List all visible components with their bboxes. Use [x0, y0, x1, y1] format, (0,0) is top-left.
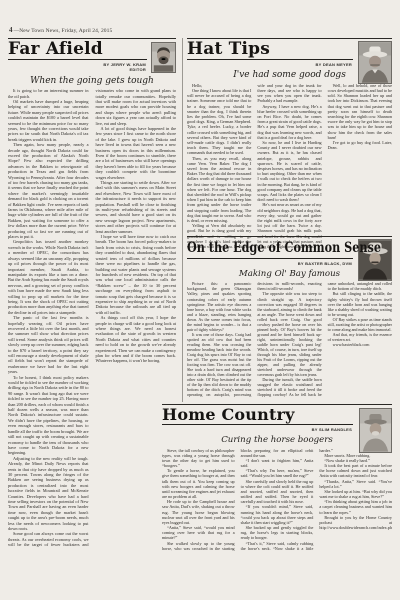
article-paragraph: Ol' Bay strikes a pose as time stands st…: [328, 317, 392, 332]
home-country-byline: BY SLIM RANDLES: [162, 425, 353, 432]
article-paragraph: It took the best part of a minute before…: [319, 463, 392, 478]
article-paragraph: “I'm thinking about getting him a job in…: [319, 499, 392, 514]
newspaper-page: 4—New Town News, Friday, April 24, 2015 …: [0, 0, 400, 600]
article-paragraph: Anyway, I have a new dog. He's a blue he…: [257, 104, 321, 140]
article-paragraph: The opposite side was too steep to climb…: [257, 291, 321, 377]
hat-tips-header: Hat Tips BY DEAN MEYER: [187, 41, 353, 67]
section-far-afield: Far Afield BY JERRY W. KRAM EDITOR When …: [8, 38, 176, 562]
common-sense-body: Picture this: a panoramic background, th…: [187, 281, 392, 402]
article-paragraph: Things are starting to settle down. Afte…: [96, 180, 177, 234]
hat-tips-title: Hat Tips: [187, 41, 353, 58]
article-paragraph: “That's why I'm here, ma'am,” Steve said…: [241, 468, 314, 478]
article-paragraph: One thing I know about life is that I wi…: [187, 88, 251, 156]
article-paragraph: To be honest, I think most policy makers…: [8, 375, 89, 456]
article-paragraph: I hope we will have time now to catch ou…: [96, 234, 177, 315]
issue-line: —New Town News, Friday, April 24, 2015: [14, 28, 113, 34]
article-paragraph: Geopolitics has tossed another monkey wr…: [8, 239, 89, 315]
article-paragraph: It is going to be an interesting summer …: [8, 88, 89, 99]
far-afield-subhead: When the going gets tough: [8, 76, 176, 86]
far-afield-title: Far Afield: [8, 41, 147, 58]
article-paragraph: She carefully and slowly held the rug up…: [241, 479, 314, 505]
section-hat-tips: Hat Tips BY DEAN MEYER I've had some goo…: [187, 38, 392, 252]
article-paragraph: Steve, the tall cowboy of us philosopher…: [162, 448, 235, 469]
article-paragraph: Brought to you by the Home Country podca…: [319, 515, 392, 530]
article-paragraph: Oil markets have dumped a huge, heaping …: [8, 99, 89, 142]
home-country-title: Home Country: [162, 407, 353, 423]
headline-rule: Home Country: [162, 407, 353, 425]
folio-line: 4—New Town News, Friday, April 24, 2015: [9, 26, 112, 34]
home-country-header: Home Country BY SLIM RANDLES: [162, 407, 353, 432]
hat-tips-byline: BY DEAN MEYER: [187, 60, 353, 67]
article-paragraph: “Thanks, Anita,” Steve said. “You've hel…: [319, 479, 392, 489]
article-paragraph: I've got to go buy dog food. Later, Dean…: [328, 140, 392, 150]
article-paragraph: Then, as you may recall, along came Vern…: [187, 156, 251, 224]
article-paragraph: So now, he and I live in Harding County …: [257, 140, 321, 202]
article-paragraph: He rode up to the Campbell house and saw…: [162, 499, 235, 525]
man-hat-portrait-icon: [360, 409, 391, 452]
headline-rule: Hat Tips: [187, 41, 353, 60]
home-country-subhead: Curing the horse boogers: [162, 435, 392, 445]
article-paragraph: To gentle a horse, he explained, you giv…: [162, 468, 235, 499]
man-beard-portrait-icon: [152, 43, 175, 72]
jerry-kram-photo: [151, 42, 176, 73]
article-paragraph: Picture this: a panoramic background, th…: [187, 281, 251, 331]
article-paragraph: www.baxterblack.com: [328, 342, 392, 347]
hat-tips-body: Hello,One thing I know about life is tha…: [187, 83, 392, 251]
far-afield-byline: BY JERRY W. KRAM EDITOR: [8, 60, 147, 72]
article-paragraph: And that, my friends, is the essence of …: [328, 332, 392, 342]
article-paragraph: “If you wouldn't mind,” Steve said, runn…: [241, 504, 314, 525]
column-divider-rule: [182, 38, 183, 402]
article-paragraph: But still clinging to the saddle, the ti…: [328, 291, 392, 316]
article-paragraph: Well, lo and behold, one of those cows d…: [328, 83, 392, 140]
common-sense-byline: BY BAXTER BLACK, DVM: [187, 259, 353, 266]
man-cowboy-hat-portrait-icon: [359, 42, 391, 83]
common-sense-header: On the Edge of Common Sense BY BAXTER BL…: [187, 239, 353, 266]
article-paragraph: She looked up at him. “But why did you w…: [319, 489, 392, 499]
headline-rule: On the Edge of Common Sense: [187, 239, 353, 259]
far-afield-header: Far Afield BY JERRY W. KRAM EDITOR: [8, 41, 147, 73]
article-paragraph: “Anita,” Steve said, “would you mind com…: [162, 525, 235, 540]
article-paragraph: A lot of good things have happened in th…: [96, 126, 177, 180]
page-number: 4: [9, 26, 13, 34]
article-paragraph: She backed up and gently wiggled the rug…: [241, 525, 314, 540]
article-paragraph: Adjusting to the new reality will be tou…: [8, 456, 89, 532]
article-paragraph: As things cool off this year, I hope the…: [96, 315, 177, 364]
byline-role: EDITOR: [8, 67, 146, 72]
common-sense-title: On the Edge of Common Sense: [187, 241, 381, 255]
article-paragraph: “I don't want to frighten him,” Anita sa…: [241, 458, 314, 468]
headline-rule: Far Afield: [8, 41, 147, 60]
home-country-body: Steve, the tall cowboy of us philosopher…: [162, 448, 392, 556]
section-common-sense: On the Edge of Common Sense BY BAXTER BL…: [187, 236, 392, 403]
article-paragraph: The panic of the last few months is hope…: [8, 315, 89, 374]
dean-meyer-photo: [358, 41, 392, 84]
far-afield-body: It is going to be an interesting summer …: [8, 88, 176, 552]
slim-randles-photo: [359, 408, 392, 453]
article-paragraph: Then again, how many people, nearly a de…: [8, 142, 89, 239]
section-home-country: Home Country BY SLIM RANDLES Curing the …: [162, 404, 392, 564]
